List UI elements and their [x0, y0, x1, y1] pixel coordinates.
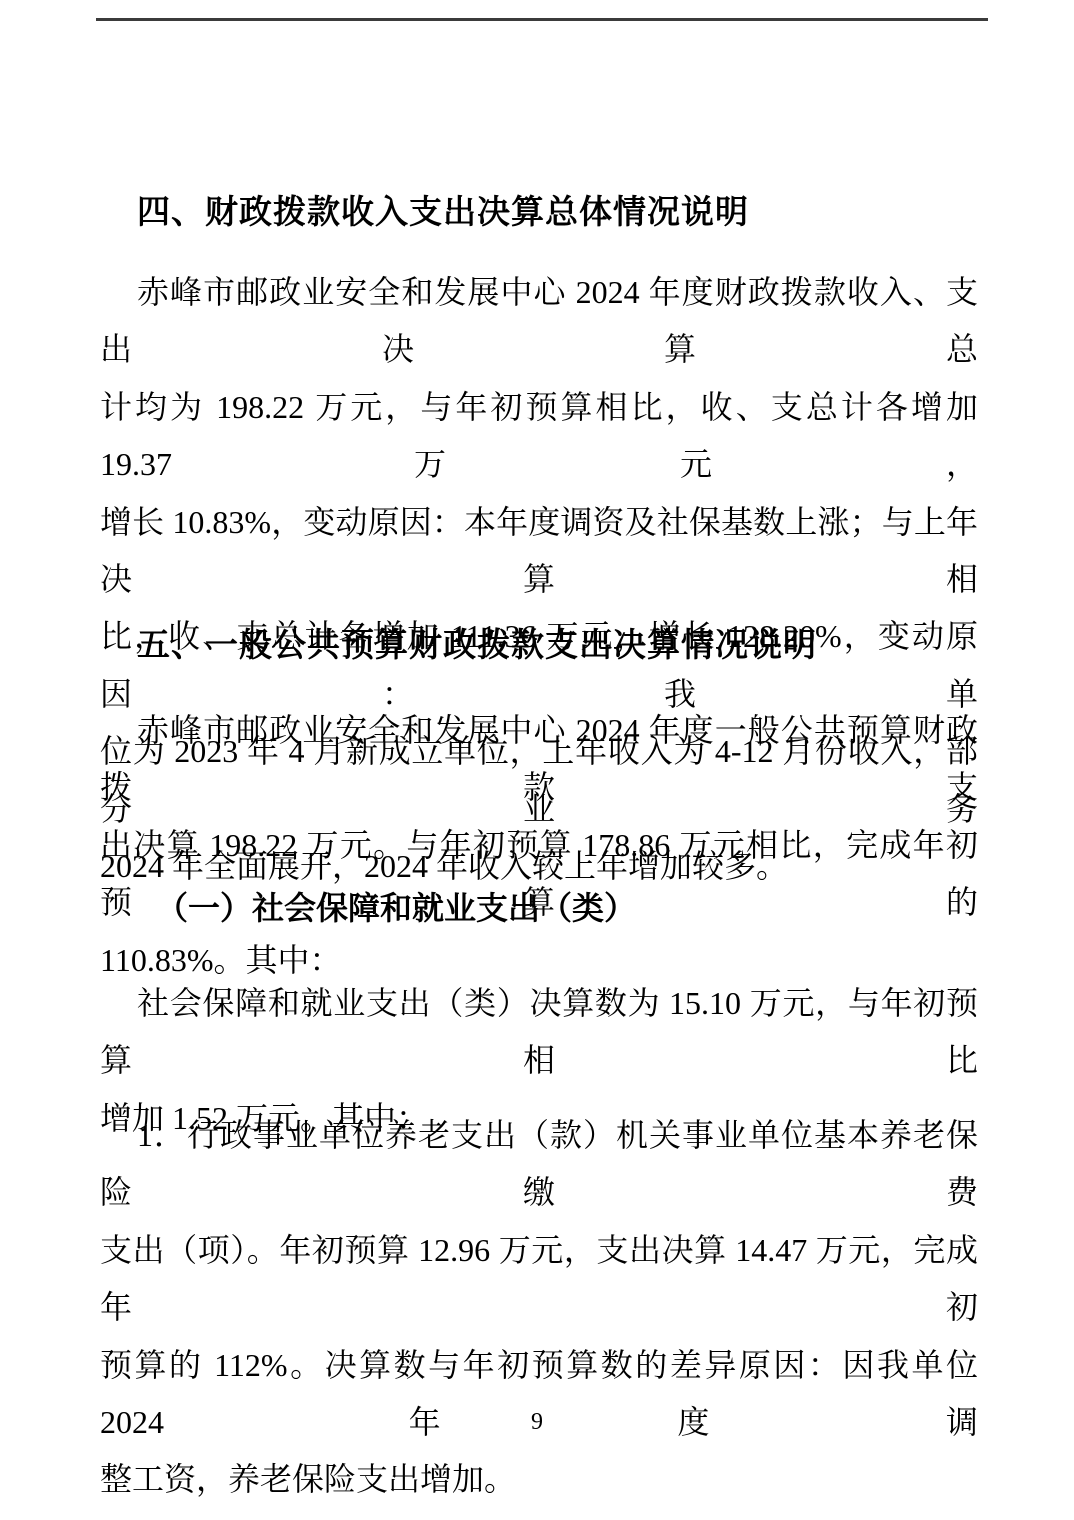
subsection-heading-social-security: （一）社会保障和就业支出（类） [100, 889, 978, 927]
paragraph-pension-item: 1．行政事业单位养老支出（款）机关事业单位基本养老保险缴费 支出（项）。年初预算… [100, 1107, 978, 1509]
body-line: 增长 10.83%，变动原因：本年度调资及社保基数上涨；与上年决算相 [100, 494, 978, 609]
page-number: 9 [0, 1408, 1074, 1436]
document-page: 四、财政拨款收入支出决算总体情况说明 赤峰市邮政业安全和发展中心 2024 年度… [0, 0, 1074, 1520]
paragraph-public-budget: 赤峰市邮政业安全和发展中心 2024 年度一般公共预算财政拨款支 出决算 198… [100, 702, 978, 989]
body-line: 支出（项）。年初预算 12.96 万元，支出决算 14.47 万元，完成年初 [100, 1222, 978, 1337]
section-heading-five: 五、一般公共预算财政拨款支出决算情况说明 [100, 626, 978, 664]
body-line: 社会保障和就业支出（类）决算数为 15.10 万元，与年初预算相比 [100, 975, 978, 1090]
body-line: 赤峰市邮政业安全和发展中心 2024 年度财政拨款收入、支出决算总 [100, 264, 978, 379]
section-heading-four: 四、财政拨款收入支出决算总体情况说明 [100, 193, 978, 231]
header-rule [96, 18, 988, 21]
body-line: 赤峰市邮政业安全和发展中心 2024 年度一般公共预算财政拨款支 [100, 702, 978, 817]
body-line: 计均为 198.22 万元，与年初预算相比，收、支总计各增加 19.37 万元， [100, 379, 978, 494]
body-line: 整工资，养老保险支出增加。 [100, 1451, 978, 1508]
body-line: 1．行政事业单位养老支出（款）机关事业单位基本养老保险缴费 [100, 1107, 978, 1222]
